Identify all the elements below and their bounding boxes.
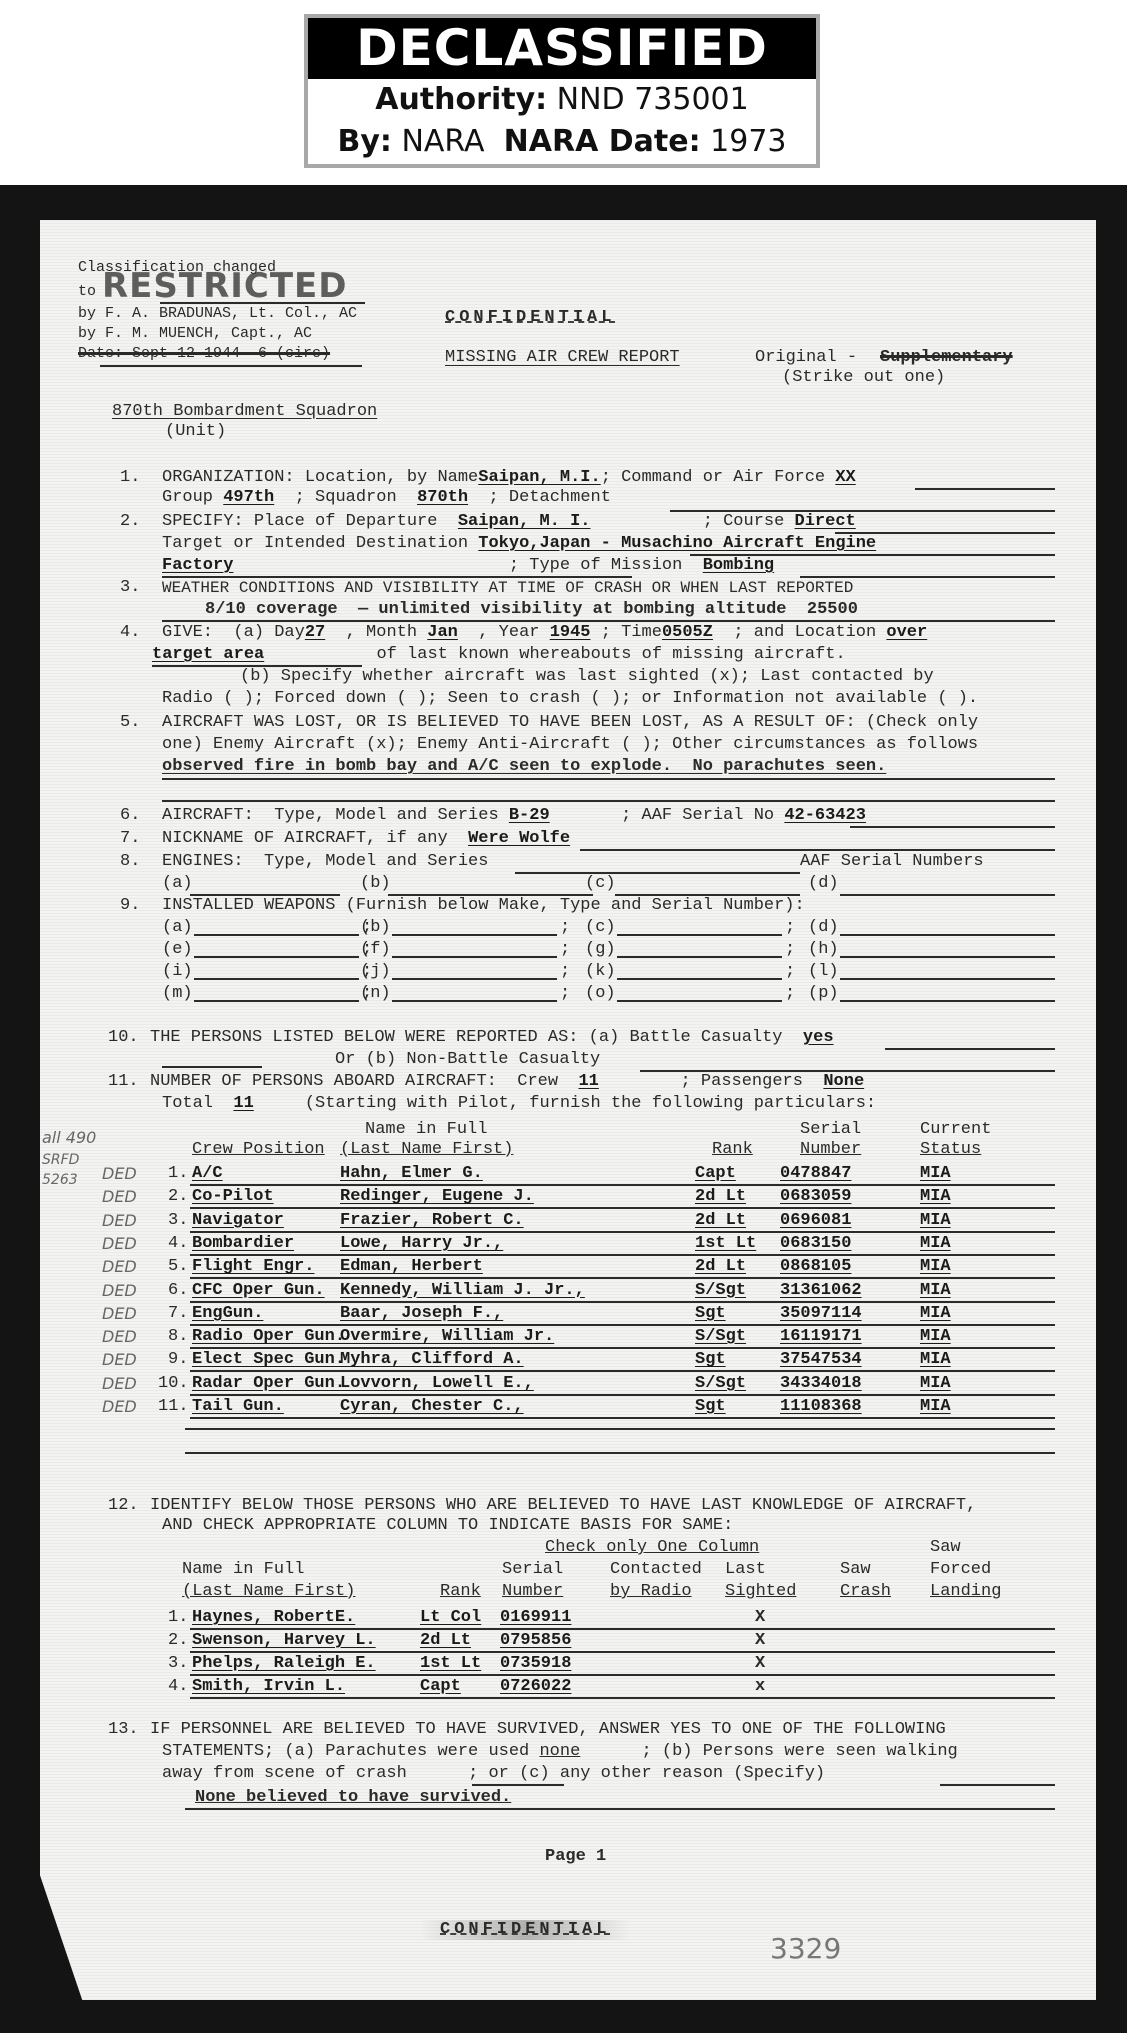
weapon-slot-label: (a) bbox=[162, 918, 193, 938]
unit-label: (Unit) bbox=[165, 422, 226, 442]
crew-status: MIA bbox=[920, 1234, 951, 1254]
section-4-number: 4. bbox=[120, 623, 140, 643]
declassified-stamp: DECLASSIFIED Authority: NND 735001 By: N… bbox=[304, 14, 820, 168]
crew-serial: 11108368 bbox=[780, 1397, 862, 1417]
location-value: Saipan, M.I. bbox=[478, 468, 600, 487]
stamp-authority: Authority: NND 735001 bbox=[308, 79, 816, 121]
crew-position: A/C bbox=[192, 1164, 223, 1184]
location-over: over bbox=[886, 623, 927, 642]
unit-value: 870th Bombardment Squadron bbox=[112, 402, 377, 422]
strike-out-note: (Strike out one) bbox=[782, 368, 945, 388]
engine-slot-b: (b) bbox=[360, 874, 391, 894]
aircraft-serial-value: 42-63423 bbox=[784, 806, 866, 825]
crew-rank: Capt bbox=[695, 1164, 736, 1184]
last-sighted-check: X bbox=[755, 1631, 765, 1651]
engines-serials-label: AAF Serial Numbers bbox=[800, 852, 984, 872]
crew-name: Kennedy, William J. Jr., bbox=[340, 1281, 585, 1301]
day-value: 27 bbox=[305, 623, 325, 642]
witness-serial: 0726022 bbox=[500, 1677, 571, 1697]
witness-rank: 2d Lt bbox=[420, 1631, 471, 1651]
changed-by-2: by F. M. MUENCH, Capt., AC bbox=[78, 324, 312, 344]
row-line bbox=[190, 1324, 1055, 1326]
crew-rank: Sgt bbox=[695, 1350, 726, 1370]
crew-serial: 34334018 bbox=[780, 1374, 862, 1394]
col-rank: Rank bbox=[712, 1140, 753, 1160]
stamp-by: By: NARA NARA Date: 1973 bbox=[308, 121, 816, 163]
report-title: MISSING AIR CREW REPORT bbox=[445, 348, 680, 368]
separator: ; bbox=[560, 918, 570, 938]
crew-row-number: 10. bbox=[158, 1374, 189, 1394]
stamp-title: DECLASSIFIED bbox=[308, 18, 816, 79]
section-7-row: NICKNAME OF AIRCRAFT, if any Were Wolfe bbox=[162, 829, 570, 849]
section-4-b-line-1: (b) Specify whether aircraft was last si… bbox=[240, 667, 934, 687]
witness-serial: 0795856 bbox=[500, 1631, 571, 1651]
crew-count-value: 11 bbox=[578, 1072, 598, 1091]
death-mark: DED bbox=[102, 1350, 137, 1369]
separator: ; bbox=[785, 984, 795, 1004]
crew-row-number: 1. bbox=[168, 1164, 188, 1184]
s12-col-name-top: Name in Full bbox=[182, 1560, 304, 1580]
crew-status: MIA bbox=[920, 1374, 951, 1394]
engine-slot-d: (d) bbox=[808, 874, 839, 894]
row-line bbox=[190, 1277, 1055, 1279]
aircraft-type-value: B-29 bbox=[509, 806, 550, 825]
crew-rank: 2d Lt bbox=[695, 1211, 746, 1231]
page-number: Page 1 bbox=[545, 1847, 606, 1867]
s12-col-serial-top: Serial bbox=[502, 1560, 563, 1580]
weapon-slot-label: (g) bbox=[585, 940, 616, 960]
crew-name: Myhra, Clifford A. bbox=[340, 1350, 524, 1370]
crew-status: MIA bbox=[920, 1257, 951, 1277]
death-mark: DED bbox=[102, 1374, 137, 1393]
engine-slot-a: (a) bbox=[162, 874, 193, 894]
month-value: Jan bbox=[427, 623, 458, 642]
crew-position: Radio Oper Gun. bbox=[192, 1327, 345, 1347]
crew-row-number: 11. bbox=[158, 1397, 189, 1417]
crew-row-number: 3. bbox=[168, 1211, 188, 1231]
crew-name: Frazier, Robert C. bbox=[340, 1211, 524, 1231]
group-value: 497th bbox=[223, 488, 274, 507]
crew-serial: 31361062 bbox=[780, 1281, 862, 1301]
crew-position: Flight Engr. bbox=[192, 1257, 314, 1277]
battle-casualty-value: yes bbox=[803, 1028, 834, 1047]
section-2-number: 2. bbox=[120, 512, 140, 532]
col-status-top: Current bbox=[920, 1120, 991, 1140]
witness-rank: 1st Lt bbox=[420, 1654, 481, 1674]
course-value: Direct bbox=[795, 512, 856, 531]
crew-serial: 0696081 bbox=[780, 1211, 851, 1231]
nickname-value: Were Wolfe bbox=[468, 829, 570, 848]
section-5-number: 5. bbox=[120, 713, 140, 733]
row-line bbox=[190, 1254, 1055, 1256]
weapon-slot-label: (n) bbox=[360, 984, 391, 1004]
section-11-number: 11. bbox=[108, 1072, 139, 1092]
weapon-slot-line bbox=[194, 934, 359, 936]
last-sighted-check: X bbox=[755, 1608, 765, 1628]
weather-value: 8/10 coverage — unlimited visibility at … bbox=[205, 600, 858, 620]
section-11-row-1: NUMBER OF PERSONS ABOARD AIRCRAFT: Crew … bbox=[150, 1072, 864, 1092]
crew-serial: 0683059 bbox=[780, 1187, 851, 1207]
weapon-slot-line bbox=[840, 1000, 1055, 1002]
weapon-slot-label: (c) bbox=[585, 918, 616, 938]
death-mark: DED bbox=[102, 1304, 137, 1323]
changed-date: Date: Sept 12 1944 6 (circ) bbox=[78, 344, 330, 364]
section-1-row-2: Group 497th ; Squadron 870th ; Detachmen… bbox=[162, 488, 611, 508]
weapon-slot-label: (l) bbox=[808, 962, 839, 982]
document-number: 3329 bbox=[770, 1932, 841, 1965]
section-4-row-2: target area of last known whereabouts of… bbox=[152, 645, 846, 665]
death-mark: DED bbox=[102, 1164, 137, 1183]
section-4-row-1: GIVE: (a) Day27 , Month Jan , Year 1945 … bbox=[162, 623, 927, 643]
mission-value: Bombing bbox=[703, 556, 774, 575]
crew-status: MIA bbox=[920, 1350, 951, 1370]
target-value-line-2: Factory bbox=[162, 556, 233, 575]
s12-col-radio: by Radio bbox=[610, 1582, 692, 1602]
s12-col-name: (Last Name First) bbox=[182, 1582, 355, 1602]
death-mark: DED bbox=[102, 1211, 137, 1230]
weapon-slot-label: (m) bbox=[162, 984, 193, 1004]
section-2-row-1: SPECIFY: Place of Departure Saipan, M. I… bbox=[162, 512, 856, 532]
section-13-line-1: IF PERSONNEL ARE BELIEVED TO HAVE SURVIV… bbox=[150, 1720, 946, 1740]
weapon-slot-label: (o) bbox=[585, 984, 616, 1004]
s12-col-forced-top-1: Saw bbox=[930, 1538, 961, 1558]
weapon-slot-label: (d) bbox=[808, 918, 839, 938]
crew-status: MIA bbox=[920, 1281, 951, 1301]
witness-name: Haynes, RobertE. bbox=[192, 1608, 355, 1628]
weapon-slot-line bbox=[392, 934, 557, 936]
survival-reason-value: None believed to have survived. bbox=[195, 1788, 511, 1808]
s12-col-sighted: Sighted bbox=[725, 1582, 796, 1602]
circumstances-value: observed fire in bomb bay and A/C seen t… bbox=[162, 757, 886, 777]
crew-row-number: 8. bbox=[168, 1327, 188, 1347]
weapon-slot-label: (h) bbox=[808, 940, 839, 960]
section-1-number: 1. bbox=[120, 468, 140, 488]
row-line bbox=[190, 1651, 1055, 1653]
section-12-number: 12. bbox=[108, 1496, 139, 1516]
confidential-header: CONFIDENTIAL bbox=[445, 308, 615, 328]
s12-col-crash-top: Saw bbox=[840, 1560, 871, 1580]
death-mark: DED bbox=[102, 1397, 137, 1416]
section-10-number: 10. bbox=[108, 1028, 139, 1048]
section-2-row-3: Factory ; Type of Mission Bombing bbox=[162, 556, 774, 576]
crew-serial: 0683150 bbox=[780, 1234, 851, 1254]
last-sighted-check: x bbox=[755, 1677, 765, 1697]
crew-serial: 37547534 bbox=[780, 1350, 862, 1370]
weapon-slot-line bbox=[840, 978, 1055, 980]
witness-row-number: 1. bbox=[168, 1608, 188, 1628]
crew-rank: S/Sgt bbox=[695, 1281, 746, 1301]
row-line bbox=[190, 1301, 1055, 1303]
location-target-area: target area bbox=[152, 645, 264, 664]
crew-position: EngGun. bbox=[192, 1304, 263, 1324]
weapons-label: INSTALLED WEAPONS (Furnish below Make, T… bbox=[162, 896, 805, 916]
crew-name: Cyran, Chester C., bbox=[340, 1397, 524, 1417]
section-1-row-1: ORGANIZATION: Location, by NameSaipan, M… bbox=[162, 468, 856, 488]
weapon-slot-line bbox=[194, 1000, 359, 1002]
crew-row-number: 7. bbox=[168, 1304, 188, 1324]
weapon-slot-line bbox=[392, 1000, 557, 1002]
crew-status: MIA bbox=[920, 1304, 951, 1324]
weapon-slot-line bbox=[617, 956, 782, 958]
crew-name: Redinger, Eugene J. bbox=[340, 1187, 534, 1207]
weapon-slot-line bbox=[194, 978, 359, 980]
crew-rank: Sgt bbox=[695, 1304, 726, 1324]
crew-status: MIA bbox=[920, 1187, 951, 1207]
section-9-number: 9. bbox=[120, 896, 140, 916]
section-10-row-1: THE PERSONS LISTED BELOW WERE REPORTED A… bbox=[150, 1028, 834, 1048]
row-line bbox=[190, 1628, 1055, 1630]
squadron-value: 870th bbox=[417, 488, 468, 507]
total-count-value: 11 bbox=[233, 1094, 253, 1113]
restricted-stamp: RESTRICTED bbox=[102, 266, 348, 306]
year-value: 1945 bbox=[550, 623, 591, 642]
death-mark: DED bbox=[102, 1281, 137, 1300]
witness-name: Phelps, Raleigh E. bbox=[192, 1654, 376, 1674]
death-mark: DED bbox=[102, 1187, 137, 1206]
col-name: (Last Name First) bbox=[340, 1140, 513, 1160]
s12-col-radio-top: Contacted bbox=[610, 1560, 702, 1580]
weapon-slot-label: (e) bbox=[162, 940, 193, 960]
section-8-number: 8. bbox=[120, 852, 140, 872]
section-12-line-1: IDENTIFY BELOW THOSE PERSONS WHO ARE BEL… bbox=[150, 1496, 976, 1516]
row-line bbox=[190, 1697, 1055, 1699]
target-value: Tokyo,Japan - Musachino Aircraft Engine bbox=[478, 534, 876, 553]
weapon-slot-line bbox=[392, 978, 557, 980]
row-line bbox=[190, 1674, 1055, 1676]
document-page: Classification changed to RESTRICTED by … bbox=[40, 220, 1096, 2000]
weapon-slot-line bbox=[840, 956, 1055, 958]
crew-name: Lowe, Harry Jr., bbox=[340, 1234, 503, 1254]
col-status: Status bbox=[920, 1140, 981, 1160]
s12-col-sighted-top: Last bbox=[725, 1560, 766, 1580]
weapon-slot-line bbox=[617, 934, 782, 936]
separator: ; bbox=[560, 962, 570, 982]
crew-row-number: 5. bbox=[168, 1257, 188, 1277]
death-mark: DED bbox=[102, 1327, 137, 1346]
weather-label: WEATHER CONDITIONS AND VISIBILITY AT TIM… bbox=[162, 578, 853, 598]
weapon-slot-label: (i) bbox=[162, 962, 193, 982]
time-value: 0505Z bbox=[662, 623, 713, 642]
death-mark: DED bbox=[102, 1257, 137, 1276]
crew-rank: S/Sgt bbox=[695, 1374, 746, 1394]
col-crew-position: Crew Position bbox=[192, 1140, 325, 1160]
crew-rank: 2d Lt bbox=[695, 1187, 746, 1207]
row-line bbox=[190, 1370, 1055, 1372]
crew-name: Lovvorn, Lowell E., bbox=[340, 1374, 534, 1394]
weapon-slot-line bbox=[194, 956, 359, 958]
margin-note-3: 5263 bbox=[42, 1172, 78, 1188]
weapon-slot-line bbox=[617, 1000, 782, 1002]
witness-row-number: 3. bbox=[168, 1654, 188, 1674]
crew-name: Hahn, Elmer G. bbox=[340, 1164, 483, 1184]
col-serial-top: Serial bbox=[800, 1120, 861, 1140]
crew-status: MIA bbox=[920, 1164, 951, 1184]
section-5-line-1: AIRCRAFT WAS LOST, OR IS BELIEVED TO HAV… bbox=[162, 713, 978, 733]
s12-col-serial: Number bbox=[502, 1582, 563, 1602]
separator: ; bbox=[785, 918, 795, 938]
weapon-slot-label: (b) bbox=[360, 918, 391, 938]
witness-serial: 0169911 bbox=[500, 1608, 571, 1628]
crew-position: Tail Gun. bbox=[192, 1397, 284, 1417]
command-value: XX bbox=[835, 468, 855, 487]
section-3-number: 3. bbox=[120, 578, 140, 598]
crew-position: Co-Pilot bbox=[192, 1187, 274, 1207]
witness-name: Smith, Irvin L. bbox=[192, 1677, 345, 1697]
crew-row-number: 6. bbox=[168, 1281, 188, 1301]
row-line bbox=[190, 1347, 1055, 1349]
crew-serial: 16119171 bbox=[780, 1327, 862, 1347]
section-13-number: 13. bbox=[108, 1720, 139, 1740]
separator: ; bbox=[785, 940, 795, 960]
crew-position: Navigator bbox=[192, 1211, 284, 1231]
separator: ; bbox=[785, 962, 795, 982]
witness-serial: 0735918 bbox=[500, 1654, 571, 1674]
crew-name: Baar, Joseph F., bbox=[340, 1304, 503, 1324]
section-12-line-2: AND CHECK APPROPRIATE COLUMN TO INDICATE… bbox=[162, 1516, 733, 1536]
non-battle-label: Or (b) Non-Battle Casualty bbox=[335, 1050, 600, 1070]
section-4-b-line-2: Radio ( ); Forced down ( ); Seen to cras… bbox=[162, 689, 978, 709]
weapon-slot-label: (j) bbox=[360, 962, 391, 982]
crew-serial: 0478847 bbox=[780, 1164, 851, 1184]
crew-status: MIA bbox=[920, 1211, 951, 1231]
crew-position: Radar Oper Gun. bbox=[192, 1374, 345, 1394]
supplementary-struck: Supplementary bbox=[880, 348, 1013, 368]
witness-row-number: 2. bbox=[168, 1631, 188, 1651]
confidential-footer: CONFIDENTIAL bbox=[420, 1920, 630, 1940]
witness-row-number: 4. bbox=[168, 1677, 188, 1697]
crew-serial: 35097114 bbox=[780, 1304, 862, 1324]
weapon-slot-line bbox=[392, 956, 557, 958]
col-serial: Number bbox=[800, 1140, 861, 1160]
weapon-slot-label: (p) bbox=[808, 984, 839, 1004]
crew-rank: S/Sgt bbox=[695, 1327, 746, 1347]
last-sighted-check: X bbox=[755, 1654, 765, 1674]
crew-rank: 2d Lt bbox=[695, 1257, 746, 1277]
separator: ; bbox=[560, 940, 570, 960]
section-5-line-2: one) Enemy Aircraft (x); Enemy Anti-Airc… bbox=[162, 735, 978, 755]
crew-name: Edman, Herbert bbox=[340, 1257, 483, 1277]
original-label: Original - bbox=[755, 348, 857, 368]
weapon-slot-label: (k) bbox=[585, 962, 616, 982]
changed-by-1: by F. A. BRADUNAS, Lt. Col., AC bbox=[78, 304, 357, 324]
departure-value: Saipan, M. I. bbox=[458, 512, 591, 531]
witness-name: Swenson, Harvey L. bbox=[192, 1631, 376, 1651]
passengers-value: None bbox=[823, 1072, 864, 1091]
row-line bbox=[190, 1231, 1055, 1233]
crew-status: MIA bbox=[920, 1397, 951, 1417]
section-13-line-2: STATEMENTS; (a) Parachutes were used non… bbox=[162, 1742, 958, 1762]
engine-slot-c: (c) bbox=[585, 874, 616, 894]
parachutes-value: none bbox=[539, 1742, 580, 1761]
section-11-row-2: Total 11 (Starting with Pilot, furnish t… bbox=[162, 1094, 876, 1114]
crew-name: Overmire, William Jr. bbox=[340, 1327, 554, 1347]
s12-col-crash: Crash bbox=[840, 1582, 891, 1602]
check-one-column: Check only One Column bbox=[545, 1538, 759, 1558]
s12-col-forced-top-2: Forced bbox=[930, 1560, 991, 1580]
engines-label: ENGINES: Type, Model and Series bbox=[162, 852, 488, 872]
crew-serial: 0868105 bbox=[780, 1257, 851, 1277]
col-name-top: Name in Full bbox=[365, 1120, 487, 1140]
section-6-row: AIRCRAFT: Type, Model and Series B-29 ; … bbox=[162, 806, 866, 826]
crew-position: Elect Spec Gun. bbox=[192, 1350, 345, 1370]
crew-row-number: 9. bbox=[168, 1350, 188, 1370]
death-mark: DED bbox=[102, 1234, 137, 1253]
row-line bbox=[190, 1417, 1055, 1419]
section-6-number: 6. bbox=[120, 806, 140, 826]
weapon-slot-line bbox=[840, 934, 1055, 936]
crew-row-number: 4. bbox=[168, 1234, 188, 1254]
s12-col-forced: Landing bbox=[930, 1582, 1001, 1602]
row-line bbox=[190, 1394, 1055, 1396]
margin-note-2: SRFD bbox=[42, 1152, 79, 1168]
crew-position: CFC Oper Gun. bbox=[192, 1281, 325, 1301]
section-13-line-3: away from scene of crash ; or (c) any ot… bbox=[162, 1764, 825, 1784]
to-label: to bbox=[78, 282, 96, 302]
crew-rank: 1st Lt bbox=[695, 1234, 756, 1254]
row-line bbox=[190, 1207, 1055, 1209]
weapon-slot-label: (f) bbox=[360, 940, 391, 960]
margin-note-1: all 490 bbox=[42, 1128, 96, 1147]
witness-rank: Capt bbox=[420, 1677, 461, 1697]
s12-col-rank: Rank bbox=[440, 1582, 481, 1602]
weapon-slot-line bbox=[617, 978, 782, 980]
crew-row-number: 2. bbox=[168, 1187, 188, 1207]
section-7-number: 7. bbox=[120, 829, 140, 849]
separator: ; bbox=[560, 984, 570, 1004]
section-2-row-2: Target or Intended Destination Tokyo,Jap… bbox=[162, 534, 876, 554]
crew-status: MIA bbox=[920, 1327, 951, 1347]
witness-rank: Lt Col bbox=[420, 1608, 481, 1628]
row-line bbox=[190, 1184, 1055, 1186]
crew-rank: Sgt bbox=[695, 1397, 726, 1417]
crew-position: Bombardier bbox=[192, 1234, 294, 1254]
